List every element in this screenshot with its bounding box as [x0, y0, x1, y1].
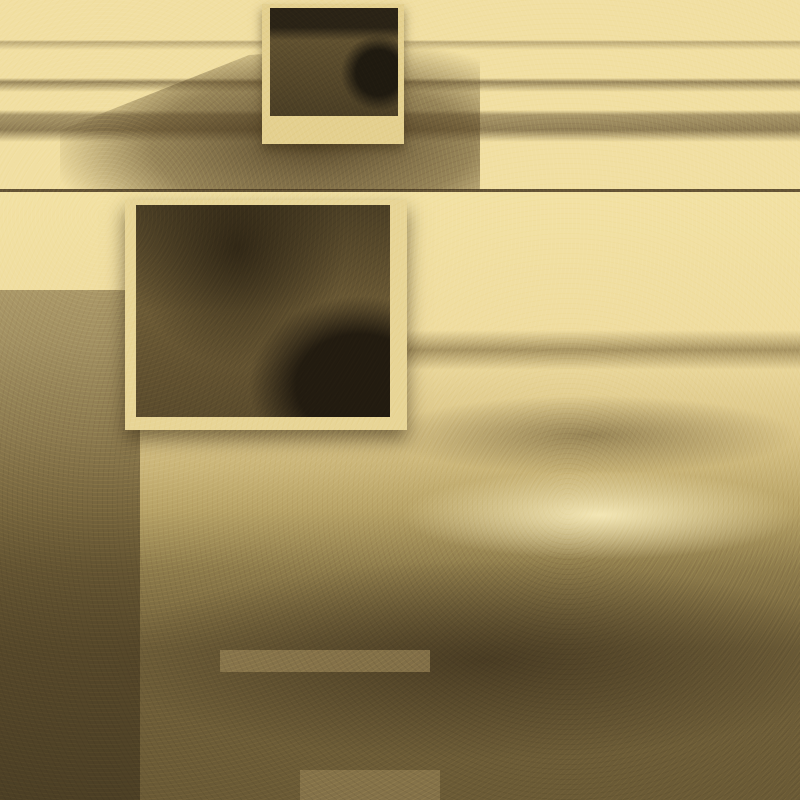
film-grain	[0, 0, 800, 800]
photo-canvas: Sepia-toned grainy photograph of an outd…	[0, 0, 800, 800]
